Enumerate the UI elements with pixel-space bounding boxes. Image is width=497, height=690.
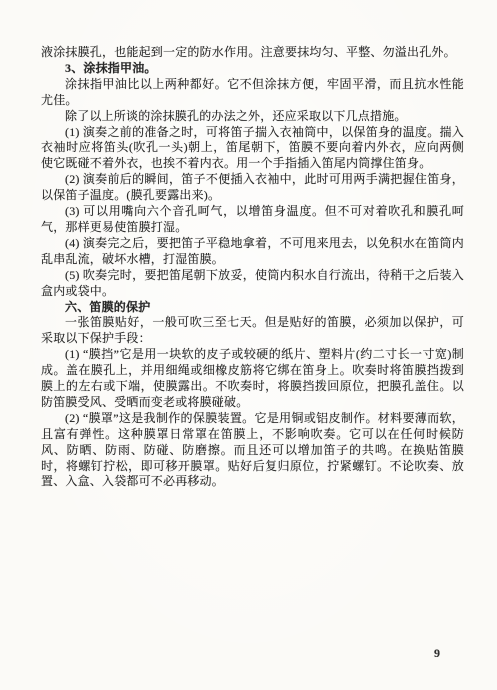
paragraph-continuation: 液涂抹膜孔，也能起到一定的防水作用。注意要抹均匀、平整、勿溢出孔外。: [41, 45, 464, 61]
paragraph-item-2: (2) 演奏前后的瞬间，笛子不便插入衣袖中，此时可用两手满把握住笛身，以保笛子温…: [41, 172, 464, 204]
section-heading-nail-polish: 3、涂抹指甲油。: [41, 61, 464, 77]
paragraph-item-5: (5) 吹奏完时，要把笛尾朝下放妥，使筒内积水自行流出，待稍干之后装入盒内或袋中…: [41, 268, 464, 300]
paragraph-item-4: (4) 演奏完之后，要把笛子平稳地拿着，不可甩来甩去，以免积水在笛筒内乱串乱流，…: [41, 236, 464, 268]
paragraph-protect-1: (1) “膜挡”它是用一块软的皮子或较硬的纸片、塑料片(约二寸长一寸宽)制成。盖…: [41, 347, 464, 411]
paragraph-protect-2: (2) “膜罩”这是我制作的保膜装置。它是用铜或铝皮制作。材料要薄而软，且富有弹…: [41, 411, 464, 491]
paragraph-item-3: (3) 可以用嘴向六个音孔呵气，以增笛身温度。但不可对着吹孔和膜孔呵气，那样更易…: [41, 204, 464, 236]
section-heading-membrane-protection: 六、笛膜的保护: [41, 300, 464, 316]
paragraph-item-1: (1) 演奏之前的准备之时，可将笛子揣入衣袖筒中，以保笛身的温度。揣入衣袖时应将…: [41, 125, 464, 173]
paragraph: 除了以上所谈的涂抹膜孔的办法之外，还应采取以下几点措施。: [41, 109, 464, 125]
paragraph: 一张笛膜贴好，一般可吹三至七天。但是贴好的笛膜，必须加以保护，可采取以下保护手段…: [41, 315, 464, 347]
scanned-page: 液涂抹膜孔，也能起到一定的防水作用。注意要抹均匀、平整、勿溢出孔外。 3、涂抹指…: [0, 0, 497, 690]
page-number: 9: [434, 646, 440, 661]
paragraph: 涂抹指甲油比以上两种都好。它不但涂抹方便，牢固平滑，而且抗水性能尤佳。: [41, 77, 464, 109]
text-block: 液涂抹膜孔，也能起到一定的防水作用。注意要抹均匀、平整、勿溢出孔外。 3、涂抹指…: [41, 45, 464, 490]
